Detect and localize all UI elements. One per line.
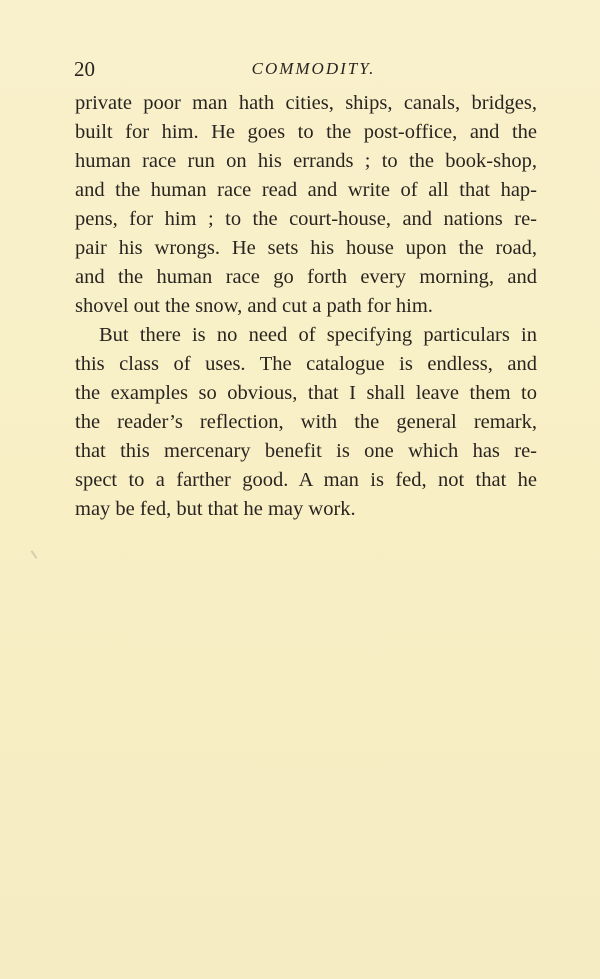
text-line: pens, for him ; to the court-house, and … [75,205,537,234]
paragraph-2: But there is no need of specifying parti… [75,321,537,524]
text-line: shovel out the snow, and cut a path for … [75,292,537,321]
book-page: 20 COMMODITY. private poor man hath citi… [0,0,600,979]
paper-blemish [31,550,38,559]
text-line: private poor man hath cities, ships, can… [75,89,537,118]
text-line: spect to a farther good. A man is fed, n… [75,466,537,495]
paragraph-1: private poor man hath cities, ships, can… [75,89,537,321]
text-line: and the human race go forth every mornin… [75,263,537,292]
text-line: and the human race read and write of all… [75,176,537,205]
text-line: the reader’s reflection, with the genera… [75,408,537,437]
text-line: this class of uses. The catalogue is end… [75,350,537,379]
text-line: built for him. He goes to the post-offic… [75,118,537,147]
running-head: 20 COMMODITY. [74,57,537,81]
text-line: the examples so obvious, that I shall le… [75,379,537,408]
text-line: But there is no need of specifying parti… [75,321,537,350]
text-line: human race run on his errands ; to the b… [75,147,537,176]
text-line: pair his wrongs. He sets his house upon … [75,234,537,263]
body-text: private poor man hath cities, ships, can… [75,89,537,524]
section-title: COMMODITY. [74,59,537,79]
text-line: may be fed, but that he may work. [75,495,537,524]
text-line: that this mercenary benefit is one which… [75,437,537,466]
